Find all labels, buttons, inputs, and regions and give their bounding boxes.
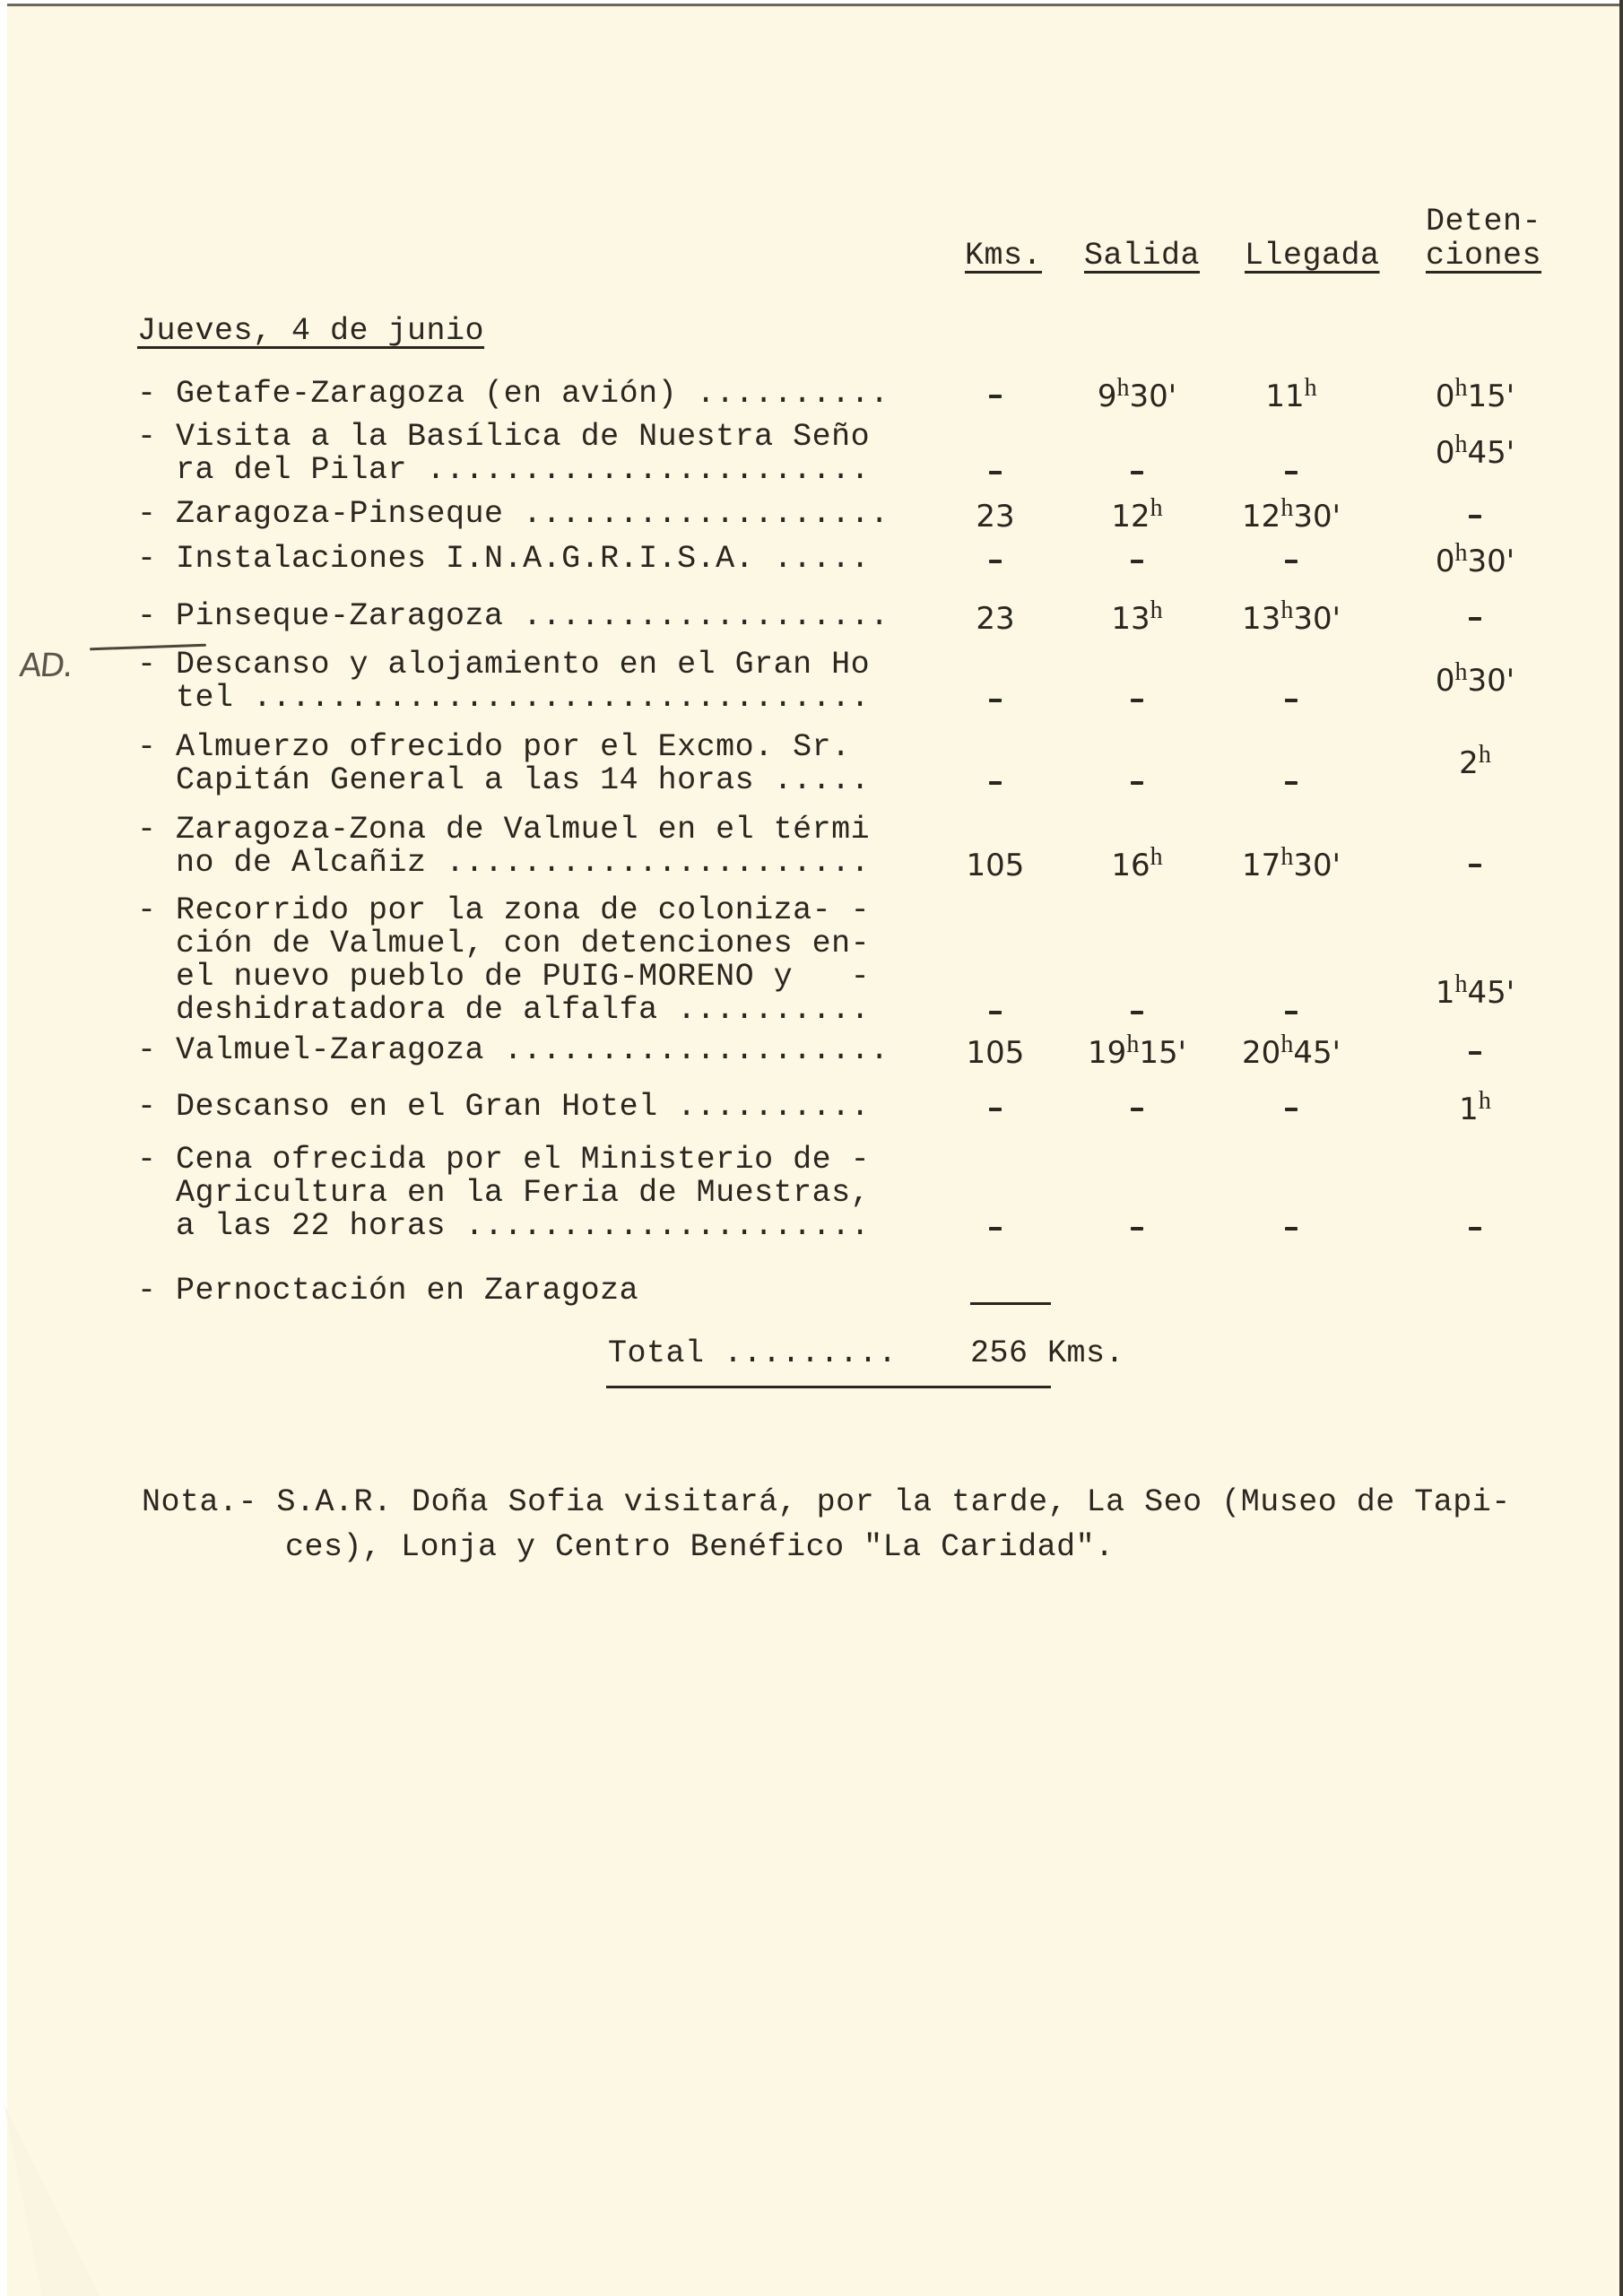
row-description-line: - Almuerzo ofrecido por el Excmo. Sr.: [137, 730, 851, 764]
cell-llegada: 11h: [1265, 378, 1316, 414]
row-description-line: - Pinseque-Zaragoza ...................: [137, 599, 890, 633]
row-description-line: ra del Pilar .......................: [137, 453, 870, 487]
row-description-line: - Instalaciones I.N.A.G.R.I.S.A. .....: [137, 542, 870, 576]
row-description-line: - Descanso en el Gran Hotel ..........: [137, 1090, 870, 1124]
scan-edge: [1619, 0, 1623, 2296]
cell-salida: 16h: [1111, 848, 1162, 883]
cell-llegada-dash: [1285, 1108, 1298, 1111]
cell-detenciones: 1h: [1459, 1091, 1491, 1127]
col-header-detenciones-1: Deten-: [1426, 204, 1541, 239]
cell-kms: 105: [967, 848, 1025, 883]
row-description-line: - Zaragoza-Pinseque ...................: [137, 497, 890, 531]
row-description-line: Capitán General a las 14 horas .....: [137, 763, 870, 797]
note-line-2: ces), Lonja y Centro Benéfico "La Carida…: [285, 1530, 1115, 1564]
cell-detenciones: 0h45': [1436, 435, 1515, 471]
col-header-detenciones-2: ciones: [1426, 239, 1541, 273]
cell-kms-dash: [989, 1011, 1002, 1014]
cell-kms: 23: [976, 601, 1014, 637]
cell-salida-dash: [1131, 781, 1143, 785]
cell-kms-dash: [989, 560, 1002, 563]
col-header-salida: Salida: [1084, 239, 1200, 273]
handwritten-annotation: AD.: [18, 648, 74, 684]
row-description-line: - Pernoctación en Zaragoza: [137, 1274, 638, 1308]
cell-salida: 12h: [1111, 499, 1162, 535]
row-description-line: - Zaragoza-Zona de Valmuel en el térmi: [137, 813, 870, 847]
row-description-line: - Descanso y alojamiento en el Gran Ho: [137, 648, 870, 682]
row-description-line: - Cena ofrecida por el Ministerio de -: [137, 1143, 870, 1177]
cell-llegada-dash: [1285, 471, 1298, 474]
row-description-line: - Valmuel-Zaragoza ....................: [137, 1033, 890, 1067]
cell-detenciones-dash: [1469, 864, 1481, 867]
cell-kms-dash: [989, 471, 1002, 474]
cell-kms-dash: [989, 781, 1002, 785]
cell-salida-dash: [1131, 560, 1143, 563]
cell-salida-dash: [1131, 471, 1143, 474]
cell-salida-dash: [1131, 1011, 1143, 1014]
cell-llegada-dash: [1285, 781, 1298, 785]
col-header-llegada: Llegada: [1245, 239, 1380, 273]
cell-detenciones-dash: [1469, 1227, 1481, 1231]
sum-rule: [970, 1302, 1051, 1305]
cell-salida-dash: [1131, 1227, 1143, 1231]
cell-detenciones: 0h30': [1436, 663, 1515, 699]
cell-llegada-dash: [1285, 699, 1298, 702]
cell-kms-dash: [989, 395, 1002, 398]
row-description-line: - Visita a la Basílica de Nuestra Seño: [137, 420, 870, 454]
cell-salida-dash: [1131, 699, 1143, 702]
cell-detenciones: 0h30': [1436, 544, 1515, 579]
total-underline: [606, 1386, 1051, 1388]
cell-llegada: 17h30': [1242, 848, 1341, 883]
cell-llegada: 12h30': [1242, 499, 1341, 535]
row-description-line: tel ................................: [137, 681, 870, 715]
row-description-line: ción de Valmuel, con detenciones en-: [137, 926, 870, 961]
cell-detenciones: 2h: [1459, 745, 1491, 781]
cell-detenciones-dash: [1469, 617, 1481, 621]
total-label: Total .........: [608, 1336, 898, 1370]
cell-llegada: 13h30': [1242, 601, 1341, 637]
cell-salida: 19h15': [1088, 1035, 1186, 1071]
row-description-line: no de Alcañiz ......................: [137, 846, 870, 880]
cell-kms-dash: [989, 699, 1002, 702]
cell-llegada-dash: [1285, 560, 1298, 563]
note-line-1: Nota.- S.A.R. Doña Sofia visitará, por l…: [142, 1485, 1511, 1519]
cell-salida: 13h: [1111, 601, 1162, 637]
cell-llegada: 20h45': [1242, 1035, 1341, 1071]
cell-kms-dash: [989, 1227, 1002, 1231]
col-header-kms: Kms.: [965, 239, 1042, 273]
cell-kms: 23: [976, 499, 1014, 535]
cell-detenciones: 1h45': [1436, 975, 1515, 1011]
cell-detenciones-dash: [1469, 515, 1481, 518]
cell-salida-dash: [1131, 1108, 1143, 1111]
cell-llegada-dash: [1285, 1227, 1298, 1231]
row-description-line: a las 22 horas .....................: [137, 1209, 870, 1243]
cell-salida: 9h30': [1098, 378, 1176, 414]
cell-detenciones: 0h15': [1436, 378, 1515, 414]
cell-detenciones-dash: [1469, 1051, 1481, 1055]
row-description-line: - Getafe-Zaragoza (en avión) ..........: [137, 377, 890, 411]
row-description-line: - Recorrido por la zona de coloniza- -: [137, 893, 870, 927]
row-description-line: deshidratadora de alfalfa ..........: [137, 993, 870, 1027]
cell-llegada-dash: [1285, 1011, 1298, 1014]
cell-kms-dash: [989, 1108, 1002, 1111]
total-value: 256 Kms.: [970, 1336, 1124, 1370]
day-heading: Jueves, 4 de junio: [137, 314, 484, 348]
row-description-line: el nuevo pueblo de PUIG-MORENO y -: [137, 960, 870, 994]
row-description-line: Agricultura en la Feria de Muestras,: [137, 1176, 870, 1210]
cell-kms: 105: [967, 1035, 1025, 1071]
